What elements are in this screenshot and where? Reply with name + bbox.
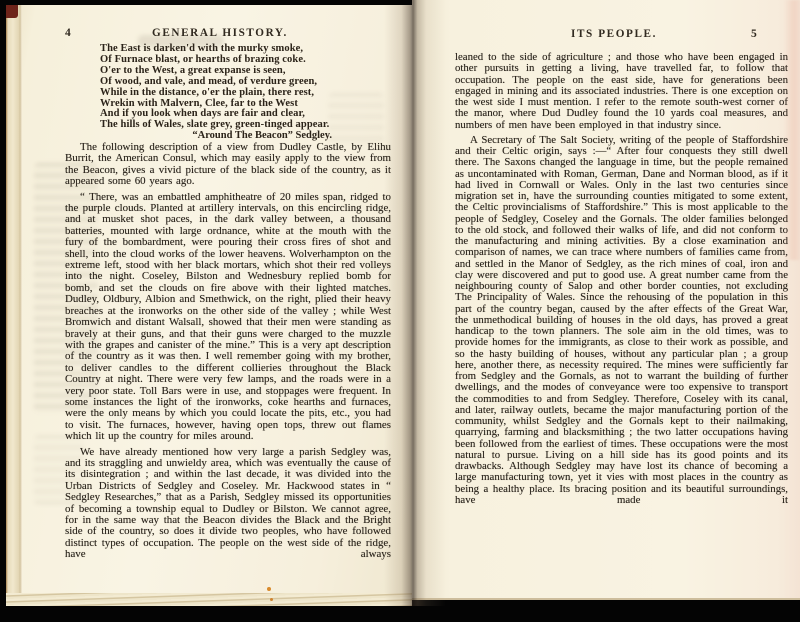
poem: The East is darken'd with the murky smok…	[100, 44, 352, 131]
poem-line: While in the distance, o'er the plain, t…	[100, 88, 352, 99]
running-title-right: ITS PEOPLE.	[455, 28, 773, 40]
right-page-body: leaned to the side of agriculture ; and …	[455, 52, 788, 506]
running-title-left: GENERAL HISTORY.	[65, 27, 375, 39]
book-spread: 4 GENERAL HISTORY. The East is darken'd …	[0, 0, 800, 622]
paragraph: A Secretary of The Salt Society, writing…	[455, 135, 788, 506]
paragraph: “ There, was an embattled amphitheatre o…	[65, 192, 391, 443]
stain-speck	[267, 587, 271, 591]
left-page: 4 GENERAL HISTORY. The East is darken'd …	[6, 5, 412, 606]
poem-attribution: “Around The Beacon” Sedgley.	[100, 130, 332, 141]
bottom-page-edges	[6, 593, 412, 606]
photo-frame-left	[0, 0, 6, 622]
page-number-right: 5	[751, 28, 757, 40]
paragraph: leaned to the side of agriculture ; and …	[455, 52, 788, 131]
paragraph: The following description of a view from…	[65, 142, 391, 188]
photo-frame-bottom	[0, 606, 800, 622]
poem-line: Of wood, and vale, and mead, of verdure …	[100, 77, 352, 88]
paragraph: We have already mentioned how very large…	[65, 447, 391, 561]
photo-frame-top	[0, 0, 412, 5]
right-page: ITS PEOPLE. 5 leaned to the side of agri…	[412, 0, 800, 600]
stain-speck	[270, 598, 273, 601]
left-page-body: The following description of a view from…	[65, 142, 391, 561]
fore-edge-page-stack	[6, 5, 22, 606]
